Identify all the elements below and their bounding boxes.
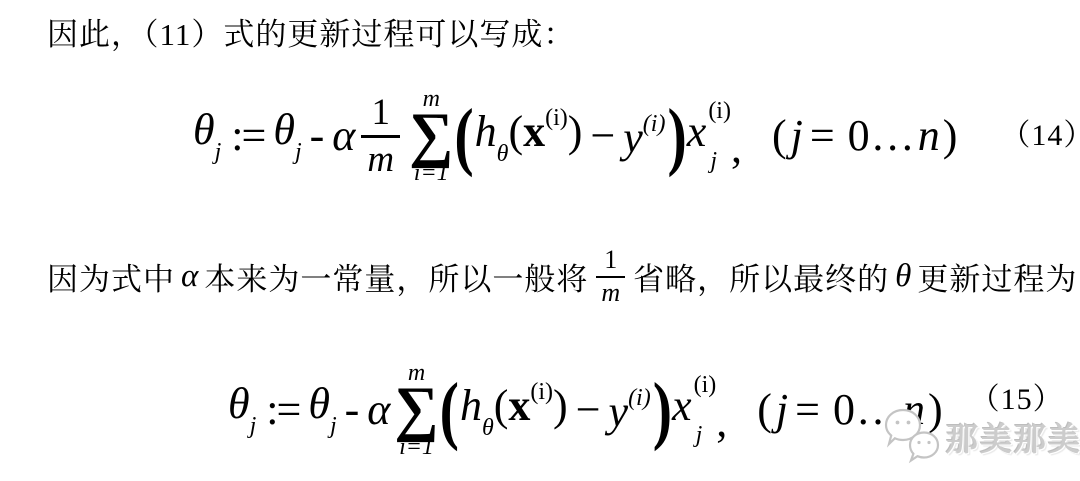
mid-text-3: 省略，所以最终的 xyxy=(633,254,889,299)
binary-minus: − xyxy=(576,388,601,432)
comma: , xyxy=(716,400,727,444)
equation-number-14: （14） xyxy=(1000,121,1080,151)
big-close-paren: ) xyxy=(667,98,686,175)
y-term: y(i) xyxy=(623,112,665,160)
watermark: 那美那美 xyxy=(882,404,1080,470)
watermark-text: 那美那美 xyxy=(946,414,1080,460)
x-j-term: x(i)j xyxy=(687,99,731,173)
document-page: 因此，（11）式的更新过程可以写成： θj := θj - α 1 m m ∑ … xyxy=(0,0,1080,481)
middle-paragraph: 因为式中 α 本来为一常量，所以一般将 1 m 省略，所以最终的 θ 更新过程为… xyxy=(47,238,1080,314)
comma: , xyxy=(731,126,742,170)
sigma-symbol: ∑ xyxy=(409,108,453,163)
minus-sign: - xyxy=(310,114,325,158)
hypothesis-term: hθ(x(i)) xyxy=(460,380,568,440)
sigma-symbol: ∑ xyxy=(394,382,438,437)
formula-14: θj := θj - α 1 m m ∑ i=1 ( hθ(x(i)) − y(… xyxy=(193,82,1080,190)
big-close-paren: ) xyxy=(653,372,672,449)
summation: m ∑ i=1 xyxy=(409,87,453,186)
theta-inline: θ xyxy=(895,258,911,295)
alpha-inline: α xyxy=(181,258,198,295)
wechat-icon xyxy=(882,404,942,470)
theta-j-rhs: θj xyxy=(273,108,301,164)
fraction-1-over-m: 1 m xyxy=(361,94,400,178)
index-range: (j= 0…n) xyxy=(772,114,958,158)
intro-paragraph: 因此，（11）式的更新过程可以写成： xyxy=(47,9,575,54)
inline-fraction-1-over-m: 1 m xyxy=(596,247,625,306)
alpha: α xyxy=(332,114,355,158)
theta-j-lhs: θj xyxy=(228,382,256,438)
binary-minus: − xyxy=(590,114,615,158)
assign-operator: := xyxy=(266,388,299,432)
mid-text-2: 本来为一常量，所以一般将 xyxy=(204,254,588,299)
summation: m ∑ i=1 xyxy=(394,361,438,460)
assign-operator: := xyxy=(231,114,264,158)
x-j-term: x(i)j xyxy=(672,373,716,447)
mid-text-4: 更新过程为： xyxy=(917,254,1080,299)
theta-j-lhs: θj xyxy=(193,108,221,164)
theta-j-rhs: θj xyxy=(308,382,336,438)
hypothesis-term: hθ(x(i)) xyxy=(475,106,583,166)
alpha: α xyxy=(367,388,390,432)
y-term: y(i) xyxy=(609,386,651,434)
mid-text-1: 因为式中 xyxy=(47,254,175,299)
big-open-paren: ( xyxy=(454,98,473,175)
minus-sign: - xyxy=(345,388,360,432)
big-open-paren: ( xyxy=(440,372,459,449)
